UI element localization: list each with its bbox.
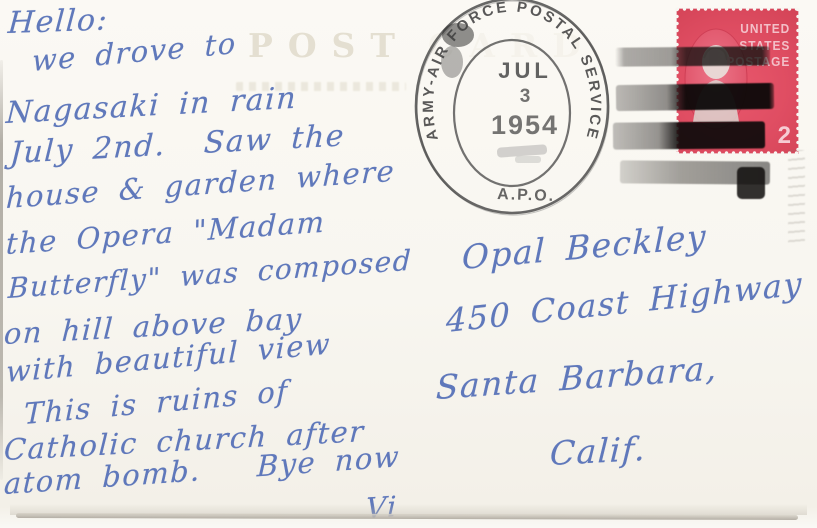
- card-left-edge: [0, 60, 3, 480]
- postmark-day: 3: [520, 86, 531, 107]
- postcard: POSTCARD Hello: we drove to Nagasaki in …: [0, 0, 817, 528]
- cancellation-blob: [737, 167, 765, 199]
- postmark-time-smudge: [497, 144, 548, 157]
- ghost-title-visible: POST: [248, 26, 410, 65]
- stamp-denomination: 2: [778, 122, 791, 150]
- stamp-perforation-right: [795, 6, 801, 156]
- card-bottom-edge: [16, 513, 798, 520]
- cancellation-bar-2: [616, 83, 774, 111]
- postmark-bottom-text: A.P.O.: [497, 186, 556, 205]
- cancellation-bar-3: [613, 121, 765, 149]
- cancellation-bar-1: [615, 46, 770, 66]
- stamp-perforation-top: [674, 6, 801, 12]
- postmark-month: JUL: [498, 58, 552, 83]
- stamp-perforation-bottom: [674, 150, 801, 156]
- faint-vertical-marks: [788, 150, 805, 248]
- stamp-text-united: UNITED: [726, 21, 790, 38]
- postmark: ARMY-AIR FORCE POSTAL SERVICE JUL 3 1954…: [405, 0, 625, 226]
- message-line-1: Hello:: [7, 2, 110, 41]
- address-state: Calif.: [549, 429, 647, 473]
- address-city: Santa Barbara,: [435, 348, 718, 407]
- postmark-year: 1954: [491, 110, 559, 140]
- address-street: 450 Coast Highway: [446, 264, 803, 340]
